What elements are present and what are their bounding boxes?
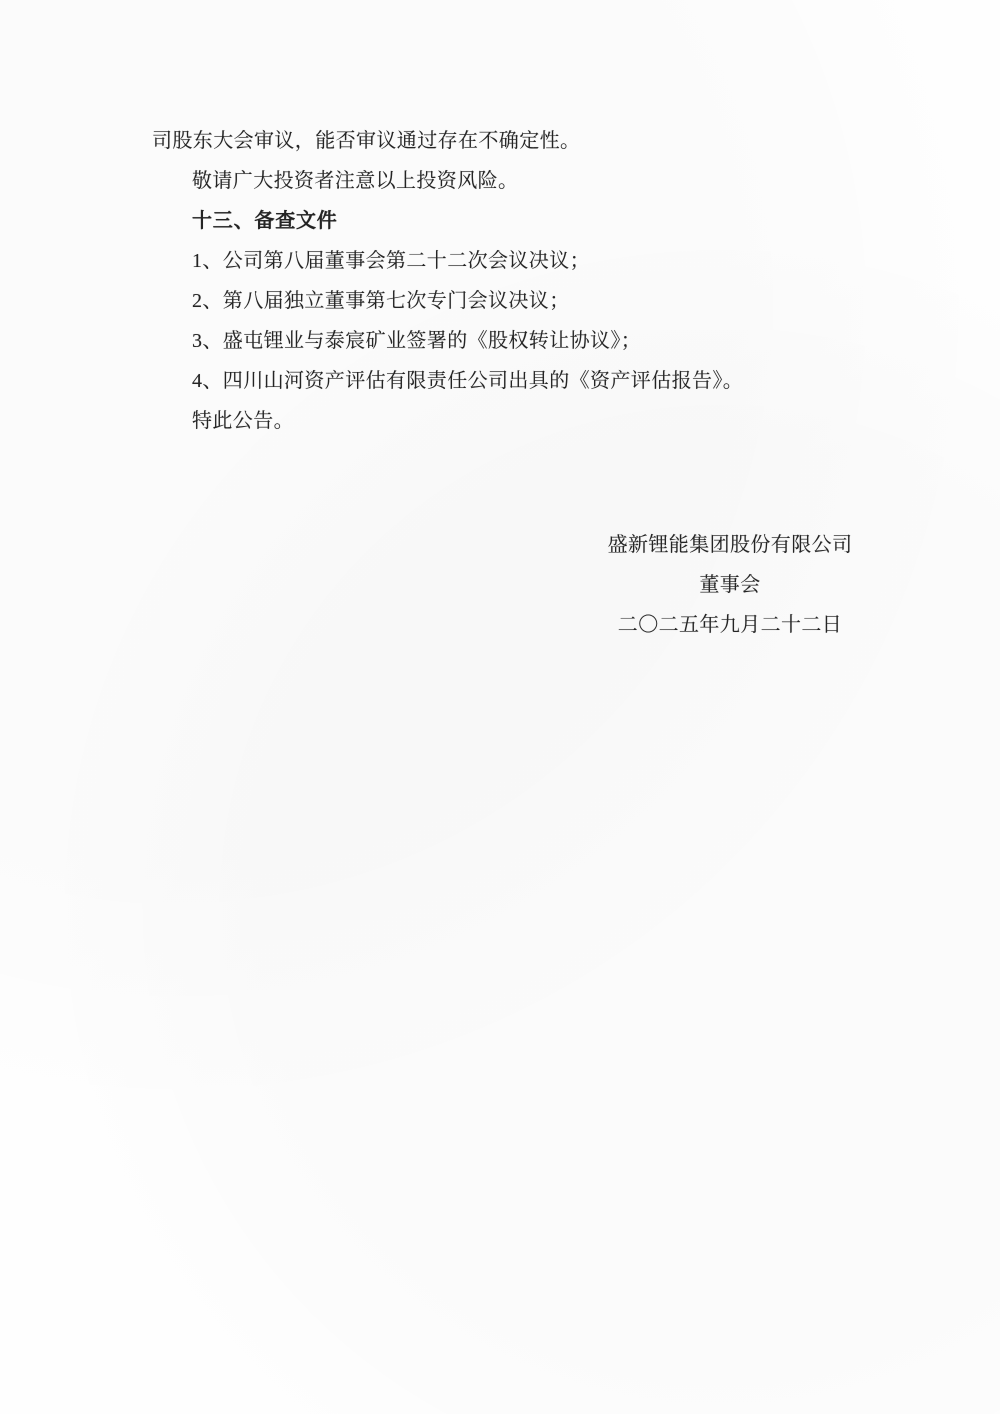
investor-notice-line: 敬请广大投资者注意以上投资风险。	[152, 161, 872, 201]
reference-document-item-3: 3、盛屯锂业与泰宸矿业签署的《股权转让协议》；	[152, 321, 872, 361]
paragraph-continuation-line: 司股东大会审议，能否审议通过存在不确定性。	[152, 121, 872, 161]
reference-document-item-2: 2、第八届独立董事第七次专门会议决议；	[152, 281, 872, 321]
closing-announcement-line: 特此公告。	[152, 401, 872, 441]
signature-company-name: 盛新锂能集团股份有限公司	[558, 525, 902, 565]
signature-block: 盛新锂能集团股份有限公司 董事会 二〇二五年九月二十二日	[558, 525, 902, 645]
reference-document-item-1: 1、公司第八届董事会第二十二次会议决议；	[152, 241, 872, 281]
announcement-body: 司股东大会审议，能否审议通过存在不确定性。 敬请广大投资者注意以上投资风险。 十…	[152, 121, 872, 441]
reference-document-item-4: 4、四川山河资产评估有限责任公司出具的《资产评估报告》。	[152, 361, 872, 401]
document-page: 司股东大会审议，能否审议通过存在不确定性。 敬请广大投资者注意以上投资风险。 十…	[0, 0, 1000, 1414]
signature-date: 二〇二五年九月二十二日	[558, 605, 902, 645]
signature-board-of-directors: 董事会	[558, 565, 902, 605]
section-heading-reference-documents: 十三、备查文件	[152, 201, 872, 241]
